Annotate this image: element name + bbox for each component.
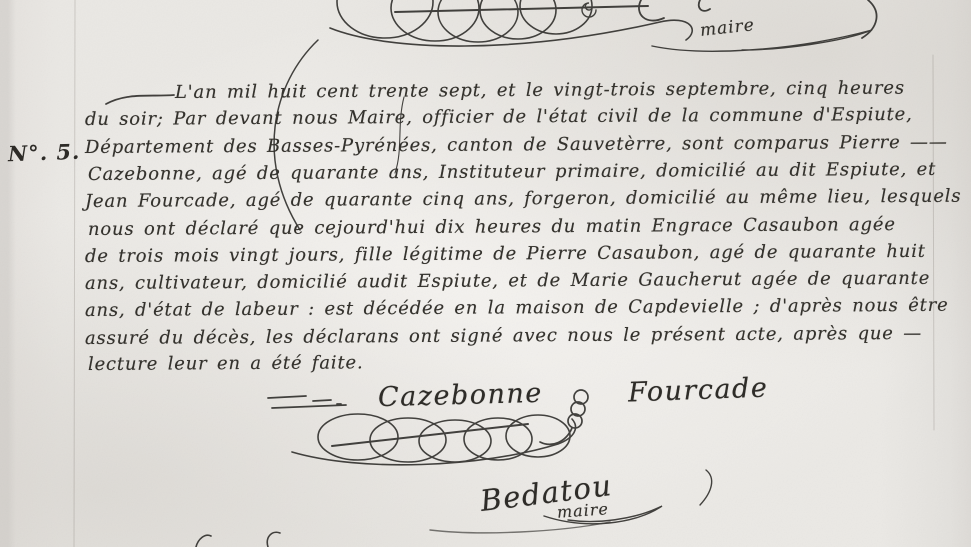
record-text-line: du soir; Par devant nous Maire, officier…: [85, 106, 913, 129]
bottom-edge-stroke-fragments: [196, 532, 280, 547]
mayor-title-caption: maire: [557, 501, 610, 521]
record-text-line: Cazebonne, agé de quarante ans, Institut…: [88, 161, 936, 184]
record-text-line: nous ont déclaré que cejourd'hui dix heu…: [88, 216, 896, 239]
record-text-line: Jean Fourcade, agé de quarante cinq ans,…: [85, 188, 961, 211]
signature-cazebonne: Cazebonne: [378, 378, 544, 413]
record-text-line: Département des Basses-Pyrénées, canton …: [85, 134, 948, 157]
record-text-line: ans, cultivateur, domicilié audit Espiut…: [85, 270, 930, 293]
paraphe-flourish-under-signature: [292, 414, 576, 465]
register-page-scan: N°. 5. maire L'an mil huit cent trente s…: [0, 0, 971, 547]
record-text-line: de trois mois vingt jours, fille légitim…: [85, 243, 926, 266]
mayor-signature-fragment-top: [639, 0, 877, 51]
record-text-line: lecture leur en a été faite.: [88, 354, 364, 374]
signature-fourcade: Fourcade: [628, 373, 769, 409]
signature-rubric-knot: [540, 390, 588, 444]
record-text-line: ans, d'état de labeur : est décédée en l…: [85, 297, 949, 320]
act-number: N°. 5.: [8, 139, 81, 167]
paraphe-flourish-top: [330, 0, 692, 46]
pre-signature-dashes: [268, 396, 346, 408]
record-text-line: L'an mil huit cent trente sept, et le vi…: [175, 80, 905, 102]
record-text-line: assuré du décès, les déclarans ont signé…: [85, 325, 922, 348]
top-right-maire-caption: maire: [699, 17, 755, 40]
